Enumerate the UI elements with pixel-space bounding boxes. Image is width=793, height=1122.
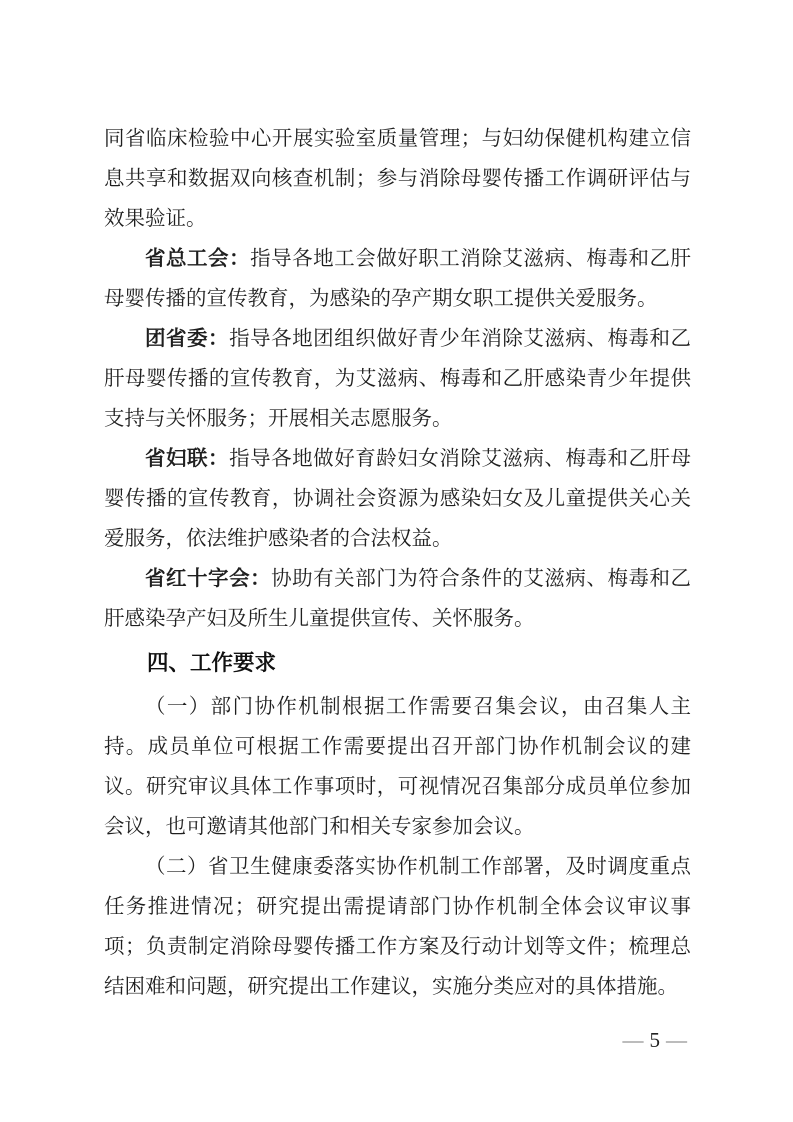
paragraph-lead: 省红十字会： <box>145 568 271 590</box>
paragraph: 省妇联：指导各地做好育龄妇女消除艾滋病、梅毒和乙肝母婴传播的宣传教育，协调社会资… <box>104 439 691 559</box>
paragraph-lead: 团省委： <box>145 328 229 350</box>
paragraph-text: （一）部门协作机制根据工作需要召集会议，由召集人主持。成员单位可根据工作需要提出… <box>104 696 691 838</box>
paragraph: 同省临床检验中心开展实验室质量管理；与妇幼保健机构建立信息共享和数据双向核查机制… <box>104 119 691 239</box>
paragraph: （二）省卫生健康委落实协作机制工作部署，及时调度重点任务推进情况；研究提出需提请… <box>104 847 691 1007</box>
paragraph-lead: 省妇联： <box>145 448 229 470</box>
document-page: 同省临床检验中心开展实验室质量管理；与妇幼保健机构建立信息共享和数据双向核查机制… <box>0 0 793 1122</box>
document-body: 同省临床检验中心开展实验室质量管理；与妇幼保健机构建立信息共享和数据双向核查机制… <box>104 119 691 1007</box>
paragraph-text: （二）省卫生健康委落实协作机制工作部署，及时调度重点任务推进情况；研究提出需提请… <box>104 856 691 998</box>
page-number: 5 <box>646 1028 667 1052</box>
page-number-dash-right: — <box>666 1028 689 1052</box>
paragraph: 团省委：指导各地团组织做好青少年消除艾滋病、梅毒和乙肝母婴传播的宣传教育，为艾滋… <box>104 319 691 439</box>
paragraph: 省总工会：指导各地工会做好职工消除艾滋病、梅毒和乙肝母婴传播的宣传教育，为感染的… <box>104 239 691 319</box>
page-footer: —5— <box>623 1028 690 1052</box>
paragraph-text: 四、工作要求 <box>147 651 276 675</box>
paragraph: （一）部门协作机制根据工作需要召集会议，由召集人主持。成员单位可根据工作需要提出… <box>104 687 691 847</box>
paragraph: 省红十字会：协助有关部门为符合条件的艾滋病、梅毒和乙肝感染孕产妇及所生儿童提供宣… <box>104 559 691 639</box>
paragraph: 四、工作要求 <box>104 643 691 683</box>
paragraph-lead: 省总工会： <box>145 248 250 270</box>
paragraph-text: 同省临床检验中心开展实验室质量管理；与妇幼保健机构建立信息共享和数据双向核查机制… <box>104 128 691 230</box>
page-number-dash-left: — <box>623 1028 646 1052</box>
